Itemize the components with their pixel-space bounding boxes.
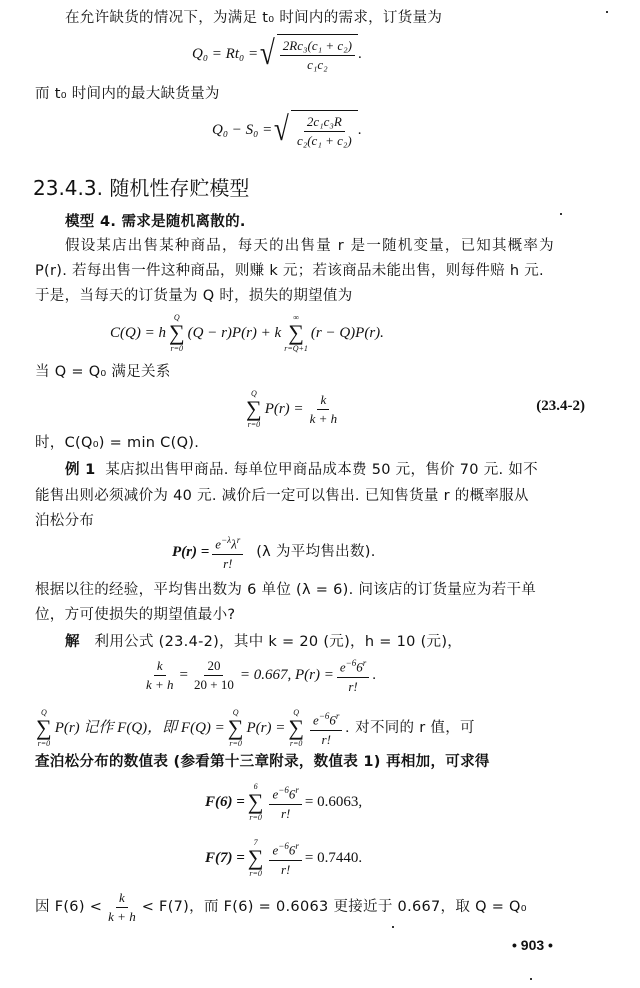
- summation: Q ∑ r=0: [169, 313, 185, 353]
- formula-order-quantity: Q₀ = Rt₀ = √ 2Rc₃(c₁ + c₂) c₁c₂ .: [192, 32, 362, 76]
- formula-lhs: Q₀ = Rt₀ =: [192, 44, 258, 64]
- denominator: r!: [220, 555, 235, 572]
- example-text: 某店拟出售甲商品. 每单位甲商品成本费 50 元，售价 70 元. 如不: [105, 462, 538, 478]
- numerator: 2c₁c₃R: [304, 114, 345, 132]
- example-paragraph-2: 能售出则必须减价为 40 元. 减价后一定可以售出. 已知售货量 r 的概率服从: [35, 486, 529, 506]
- lower-limit: r=0: [249, 813, 262, 822]
- denominator: r!: [319, 731, 334, 748]
- fraction: k k + h: [105, 890, 139, 925]
- formula-lhs: P(r) =: [172, 542, 209, 562]
- fraction: 2Rc₃(c₁ + c₂) c₁c₂: [280, 38, 355, 73]
- summation: 6 ∑ r=0: [248, 782, 264, 822]
- lower-limit: r=0: [249, 869, 262, 878]
- formula-tail: (r − Q)P(r).: [311, 323, 384, 343]
- numerator: k: [116, 890, 128, 908]
- paragraph-min-cost: 时，C(Q₀) = min C(Q).: [35, 433, 199, 453]
- sigma-icon: ∑: [248, 791, 264, 813]
- lower-limit: r=0: [229, 739, 242, 748]
- lower-limit: r=0: [38, 739, 51, 748]
- fraction: e−66r r!: [337, 655, 369, 694]
- numerator: e−λλr: [212, 532, 243, 554]
- denominator: r!: [278, 861, 293, 878]
- radical-sign: √: [260, 34, 275, 74]
- fraction: 2c₁c₃R c₂(c₁ + c₂): [294, 114, 355, 149]
- denominator: 20 + 10: [191, 676, 237, 693]
- conclusion-text: < F(7)，而 F(6) = 0.6063 更接近于 0.667，取 Q = …: [142, 897, 527, 917]
- formula-lhs: C(Q) = h: [110, 323, 166, 343]
- scan-speck: [530, 978, 532, 980]
- summation: Q ∑ r=0: [228, 708, 244, 748]
- formula-lhs: Q₀ − S₀ =: [212, 120, 272, 140]
- solution-text: 利用公式 (23.4-2)，其中 k = 20 (元)，h = 10 (元)，: [95, 634, 463, 650]
- equation-number: (23.4-2): [536, 398, 585, 415]
- summation: Q ∑ r=0: [288, 708, 304, 748]
- fraction: e−66r r!: [310, 708, 342, 747]
- formula-middle: (Q − r)P(r) + k: [188, 323, 282, 343]
- denominator: k + h: [307, 410, 341, 427]
- denominator: k + h: [143, 676, 177, 693]
- formula-lhs: F(7) =: [205, 848, 245, 868]
- formula-max-shortage: Q₀ − S₀ = √ 2c₁c₃R c₂(c₁ + c₂) .: [212, 108, 362, 152]
- fraction: e−66r r!: [269, 782, 301, 821]
- paragraph-max-shortage: 而 t₀ 时间内的最大缺货量为: [35, 84, 220, 104]
- equals-sign: =: [180, 665, 188, 685]
- formula-lhs: P(r) =: [265, 399, 304, 419]
- numerator: k: [317, 392, 329, 410]
- conclusion-text: 因 F(6) <: [35, 897, 102, 917]
- lower-limit: r=0: [171, 344, 184, 353]
- formula-lhs: F(6) =: [205, 792, 245, 812]
- denominator: r!: [345, 678, 360, 695]
- example-paragraph-5: 位，方可使损失的期望值最小?: [35, 605, 235, 625]
- formula-value: = 0.667, P(r) =: [240, 665, 334, 685]
- lower-limit: r=Q+1: [284, 344, 308, 353]
- fraction: k k + h: [307, 392, 341, 427]
- numerator: k: [154, 658, 166, 676]
- page-number: • 903 •: [512, 937, 553, 953]
- scan-speck: [606, 11, 608, 13]
- model-label: 模型 4. 需求是随机离散的.: [65, 212, 246, 232]
- summation: Q ∑ r=0: [36, 708, 52, 748]
- summation: 7 ∑ r=0: [248, 838, 264, 878]
- summation: ∞ ∑ r=Q+1: [284, 313, 308, 353]
- lower-limit: r=0: [290, 739, 303, 748]
- formula-text-tail: 对不同的 r 值，可: [355, 718, 475, 738]
- sigma-icon: ∑: [36, 717, 52, 739]
- formula-value: = 0.7440.: [305, 848, 362, 868]
- numerator: e−66r: [269, 782, 301, 804]
- formula-f6: F(6) = 6 ∑ r=0 e−66r r! = 0.6063,: [205, 776, 362, 828]
- paragraph-assumption-2: P(r). 若每出售一件这种商品，则赚 k 元；若该商品未能出售，则每件赔 h …: [35, 261, 544, 281]
- section-heading: 23.4.3. 随机性存贮模型: [33, 175, 249, 201]
- fraction: e−λλr r!: [212, 532, 243, 571]
- formula-value: = 0.6063,: [305, 792, 362, 812]
- paragraph-assumption-1: 假设某店出售某种商品，每天的出售量 r 是一随机变量，已知其概率为: [65, 236, 555, 256]
- denominator: r!: [278, 805, 293, 822]
- denominator: c₁c₂: [304, 56, 331, 73]
- scan-speck: [392, 926, 394, 928]
- numerator: 20: [204, 658, 223, 676]
- formula-cumulative: Q ∑ r=0 P(r) 记作 F(Q)，即 F(Q) = Q ∑ r=0 P(…: [33, 703, 475, 753]
- formula-text: P(r) 记作 F(Q)，即 F(Q) =: [55, 718, 225, 738]
- example-label: 例 1: [65, 462, 96, 478]
- sigma-icon: ∑: [169, 322, 185, 344]
- example-paragraph-3: 泊松分布: [35, 511, 94, 531]
- sqrt: √ 2c₁c₃R c₂(c₁ + c₂): [272, 110, 357, 150]
- formula-expected-loss: C(Q) = h Q ∑ r=0 (Q − r)P(r) + k ∞ ∑ r=Q…: [110, 305, 384, 361]
- solution-paragraph-1: 解 利用公式 (23.4-2)，其中 k = 20 (元)，h = 10 (元)…: [65, 632, 462, 652]
- sigma-icon: ∑: [246, 398, 262, 420]
- sqrt: √ 2Rc₃(c₁ + c₂) c₁c₂: [258, 34, 358, 74]
- summation: Q ∑ r=0: [246, 389, 262, 429]
- numerator: e−66r: [337, 655, 369, 677]
- denominator: c₂(c₁ + c₂): [294, 132, 355, 149]
- denominator: k + h: [105, 908, 139, 925]
- numerator: 2Rc₃(c₁ + c₂): [280, 38, 355, 56]
- paragraph-condition: 当 Q = Q₀ 满足关系: [35, 362, 171, 382]
- radical-sign: √: [274, 110, 289, 150]
- sigma-icon: ∑: [288, 322, 304, 344]
- example-paragraph-4: 根据以往的经验，平均售出数为 6 单位 (λ = 6). 问该店的订货量应为若干…: [35, 580, 536, 600]
- paragraph-assumption-3: 于是，当每天的订货量为 Q 时，损失的期望值为: [35, 286, 353, 306]
- formula-optimal-condition: Q ∑ r=0 P(r) = k k + h: [243, 382, 343, 436]
- sigma-icon: ∑: [248, 847, 264, 869]
- formula-poisson: P(r) = e−λλr r! (λ 为平均售出数).: [172, 530, 376, 574]
- solution-label: 解: [65, 634, 80, 650]
- paragraph-shortage-order: 在允许缺货的情况下，为满足 t₀ 时间内的需求，订货量为: [65, 8, 442, 28]
- formula-ratio: k k + h = 20 20 + 10 = 0.667, P(r) = e−6…: [140, 652, 376, 698]
- formula-text: P(r) =: [246, 718, 285, 738]
- fraction: e−66r r!: [269, 838, 301, 877]
- sigma-icon: ∑: [228, 717, 244, 739]
- numerator: e−66r: [269, 838, 301, 860]
- example-paragraph-1: 例 1 某店拟出售甲商品. 每单位甲商品成本费 50 元，售价 70 元. 如不: [65, 460, 538, 480]
- formula-f7: F(7) = 7 ∑ r=0 e−66r r! = 0.7440.: [205, 832, 362, 884]
- lower-limit: r=0: [248, 420, 261, 429]
- sigma-icon: ∑: [288, 717, 304, 739]
- numerator: e−66r: [310, 708, 342, 730]
- fraction: 20 20 + 10: [191, 658, 237, 693]
- scan-speck: [560, 213, 562, 215]
- fraction: k k + h: [143, 658, 177, 693]
- conclusion-line: 因 F(6) < k k + h < F(7)，而 F(6) = 0.6063 …: [35, 884, 527, 930]
- solution-paragraph-2: 查泊松分布的数值表 (参看第十三章附录，数值表 1) 再相加，可求得: [35, 752, 490, 772]
- formula-note: (λ 为平均售出数).: [256, 542, 375, 562]
